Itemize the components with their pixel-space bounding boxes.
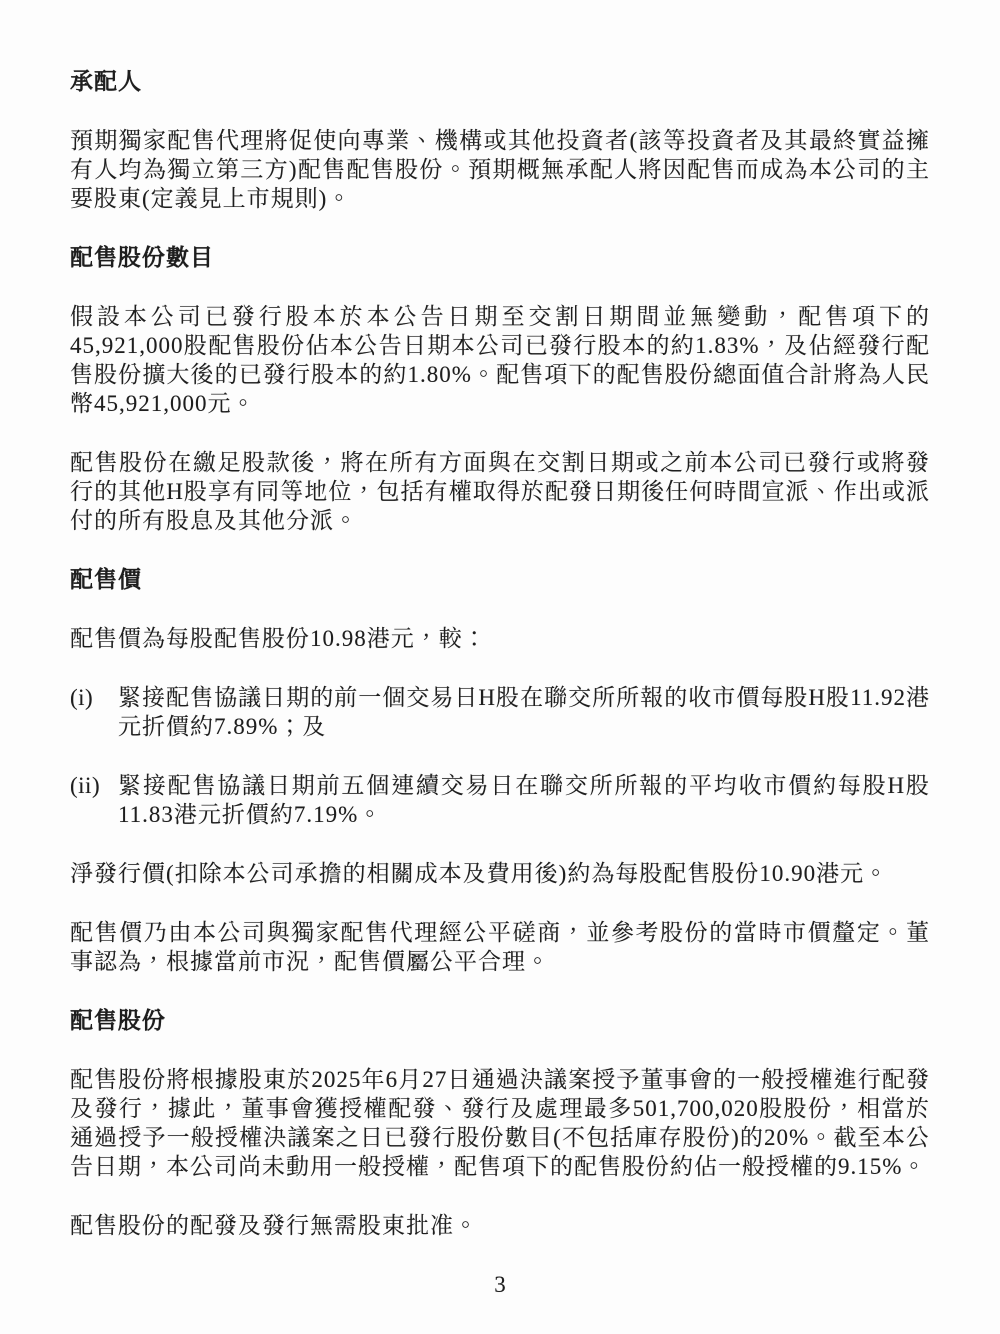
paragraph-share-count: 假設本公司已發行股本於本公告日期至交割日期間並無變動，配售項下的45,921,0…	[70, 302, 930, 418]
paragraph-no-shareholder-approval: 配售股份的配發及發行無需股東批准。	[70, 1211, 930, 1240]
list-item-ii: (ii) 緊接配售協議日期前五個連續交易日在聯交所所報的平均收市價約每股H股11…	[70, 771, 930, 829]
section-heading-placing-shares: 配售股份	[70, 1006, 930, 1035]
document-page: 承配人 預期獨家配售代理將促使向專業、機構或其他投資者(該等投資者及其最終實益擁…	[0, 0, 1000, 1334]
paragraph-general-mandate: 配售股份將根據股東於2025年6月27日通過決議案授予董事會的一般授權進行配發及…	[70, 1065, 930, 1181]
list-marker-ii: (ii)	[70, 771, 118, 829]
paragraph-allottees: 預期獨家配售代理將促使向專業、機構或其他投資者(該等投資者及其最終實益擁有人均為…	[70, 126, 930, 213]
section-placing-shares: 配售股份 配售股份將根據股東於2025年6月27日通過決議案授予董事會的一般授權…	[70, 1006, 930, 1240]
section-heading-allottees: 承配人	[70, 67, 930, 96]
paragraph-net-issue-price: 淨發行價(扣除本公司承擔的相關成本及費用後)約為每股配售股份10.90港元。	[70, 859, 930, 888]
paragraph-price-intro: 配售價為每股配售股份10.98港元，較：	[70, 624, 930, 653]
page-number: 3	[70, 1270, 930, 1299]
section-placing-price: 配售價 配售價為每股配售股份10.98港元，較： (i) 緊接配售協議日期的前一…	[70, 565, 930, 976]
list-item-i: (i) 緊接配售協議日期的前一個交易日H股在聯交所所報的收市價每股H股11.92…	[70, 683, 930, 741]
section-heading-number-of-placing-shares: 配售股份數目	[70, 243, 930, 272]
section-number-of-placing-shares: 配售股份數目 假設本公司已發行股本於本公告日期至交割日期間並無變動，配售項下的4…	[70, 243, 930, 535]
section-allottees: 承配人 預期獨家配售代理將促使向專業、機構或其他投資者(該等投資者及其最終實益擁…	[70, 67, 930, 213]
list-marker-i: (i)	[70, 683, 118, 741]
paragraph-price-determination: 配售價乃由本公司與獨家配售代理經公平磋商，並參考股份的當時市價釐定。董事認為，根…	[70, 918, 930, 976]
scanned-announcement-page: { "page": { "background_color": "#fdfdfd…	[0, 0, 1000, 1334]
list-item-i-text: 緊接配售協議日期的前一個交易日H股在聯交所所報的收市價每股H股11.92港元折價…	[118, 683, 930, 741]
paragraph-ranking: 配售股份在繳足股款後，將在所有方面與在交割日期或之前本公司已發行或將發行的其他H…	[70, 448, 930, 535]
list-item-ii-text: 緊接配售協議日期前五個連續交易日在聯交所所報的平均收市價約每股H股11.83港元…	[118, 771, 930, 829]
section-heading-placing-price: 配售價	[70, 565, 930, 594]
